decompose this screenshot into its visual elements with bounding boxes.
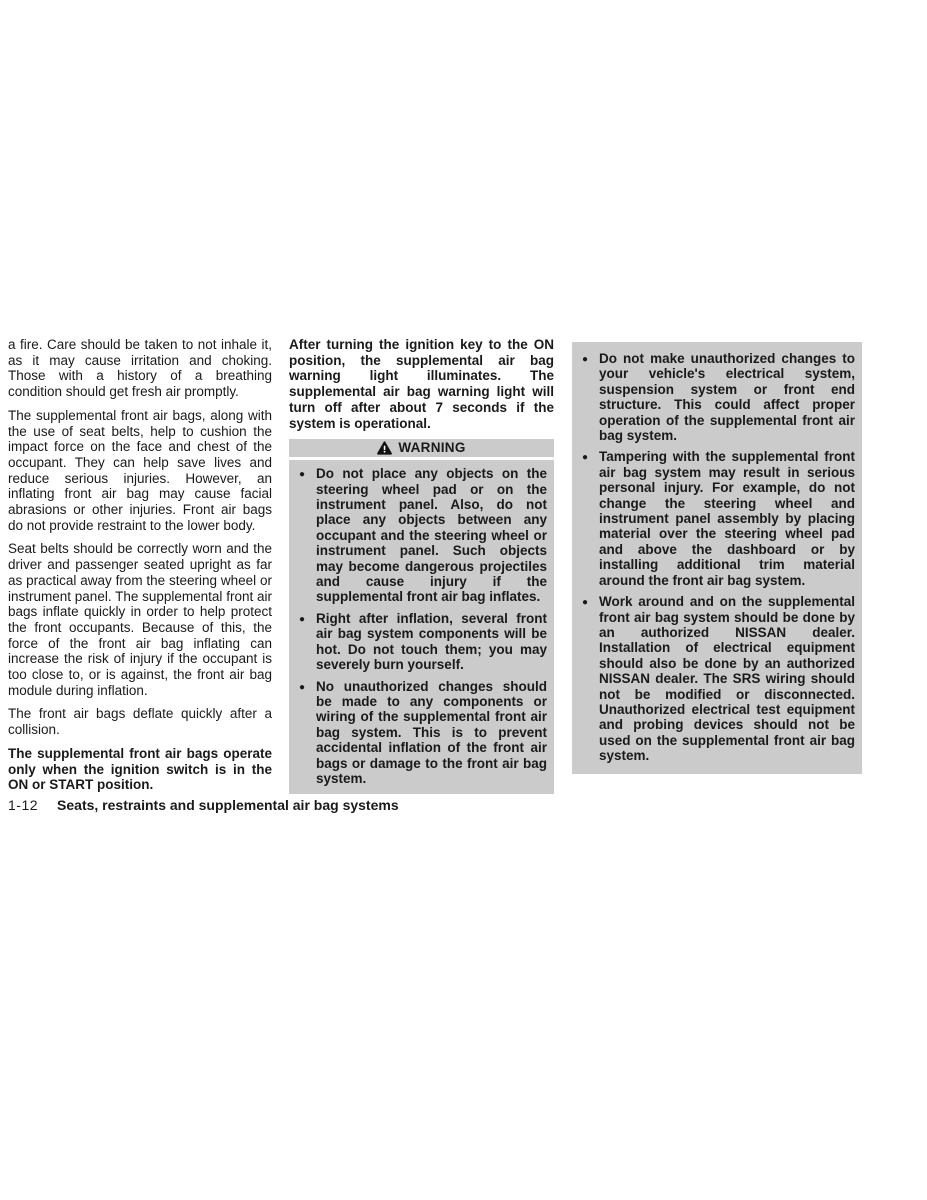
warning-triangle-icon — [377, 441, 392, 455]
warning-box: Do not place any objects on the steering… — [289, 460, 554, 794]
warning-bullet: Right after inflation, several front air… — [295, 611, 547, 673]
warning-bullet: Do not make unauthorized changes to your… — [578, 351, 855, 443]
body-paragraph: The front air bags deflate quickly after… — [8, 706, 272, 737]
bold-paragraph: The supplemental front air bags operate … — [8, 746, 272, 793]
manual-page: a fire. Care should be taken to not inha… — [0, 0, 927, 1200]
column-middle: After turning the ignition key to the ON… — [289, 337, 554, 794]
warning-title: WARNING — [398, 440, 465, 456]
warning-bullet-list: Do not place any objects on the steering… — [295, 466, 547, 786]
warning-box-continued: Do not make unauthorized changes to your… — [572, 342, 862, 774]
column-left: a fire. Care should be taken to not inha… — [8, 337, 272, 793]
warning-bullet: No unauthorized changes should be made t… — [295, 679, 547, 787]
footer-section-title: Seats, restraints and supplemental air b… — [57, 797, 399, 813]
body-paragraph: a fire. Care should be taken to not inha… — [8, 337, 272, 400]
body-paragraph: The supplemental front air bags, along w… — [8, 408, 272, 534]
warning-bullet: Tampering with the supplemental front ai… — [578, 449, 855, 588]
warning-bullet-list: Do not make unauthorized changes to your… — [578, 351, 855, 764]
page-footer: 1-12 Seats, restraints and supplemental … — [8, 797, 399, 813]
warning-header: WARNING — [289, 439, 554, 457]
page-number: 1-12 — [8, 797, 38, 813]
intro-paragraph: After turning the ignition key to the ON… — [289, 337, 554, 431]
warning-bullet: Work around and on the supplemental fron… — [578, 594, 855, 763]
body-paragraph: Seat belts should be correctly worn and … — [8, 541, 272, 698]
warning-bullet: Do not place any objects on the steering… — [295, 466, 547, 605]
